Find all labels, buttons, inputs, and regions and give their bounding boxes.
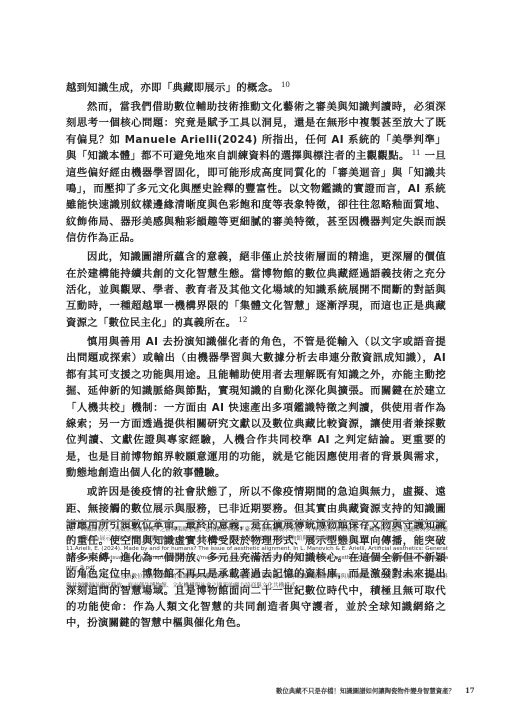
paragraph-3: 因此，知識圖譜所蘊含的意義，絕非僅止於技術層面的精進，更深層的價值在於建構能持續… <box>66 249 446 331</box>
footnote-text: 「典藏即展示」為數位策展實踐中之新興策略型態，意指數位典藏平臺本身即具備展示功能… <box>66 527 448 542</box>
footnotes: 10.「典藏即展示」為數位策展實踐中之新興策略型態，意指數位典藏平臺本身即具備展… <box>66 526 448 592</box>
page-footer: 數位典藏不只是存檔！知識圖譜如何讓陶瓷物件變身智慧資產？ 17 <box>276 686 486 695</box>
footnote-divider <box>66 520 447 522</box>
page-number: 17 <box>465 686 475 695</box>
footnote-10: 10.「典藏即展示」為數位策展實踐中之新興策略型態，意指數位典藏平臺本身即具備展… <box>66 526 448 545</box>
paragraph-text: 因此，知識圖譜所蘊含的意義，絕非僅止於技術層面的精進，更深層的價值在於建構能持續… <box>66 251 446 329</box>
footnote-ref-10[interactable]: 10 <box>279 79 290 89</box>
footnote-text[interactable]: Arielli, E. (2024). Made by and for huma… <box>66 546 448 571</box>
footnote-12: 12.「數位民主化」正是指數位技術所帶來的知識與參與權力的去中心化現象，使得過去… <box>66 573 448 592</box>
running-title: 數位典藏不只是存檔！知識圖譜如何讓陶瓷物件變身智慧資產？ <box>276 686 455 695</box>
document-page: 越到知識生成，亦即「典藏即展示」的概念。10 然而，當我們借助數位輔助技術推動文… <box>0 0 512 724</box>
paragraph-text: 越到知識生成，亦即「典藏即展示」的概念。 <box>66 82 279 94</box>
paragraph-1: 越到知識生成，亦即「典藏即展示」的概念。10 <box>66 80 446 96</box>
footnote-ref-11[interactable]: 11 <box>410 147 421 157</box>
paragraph-text-continued: 一旦這些偏好經由機器學習固化，即可能形成高度同質化的「審美迴音」與「知識共鳴」，… <box>66 150 446 244</box>
paragraph-4: 慎用與善用 AI 去扮演知識催化者的角色，不管是從輸入（以文字或語音提出問題或探… <box>66 334 446 482</box>
footnote-11: 11.Arielli, E. (2024). Made by and for h… <box>66 545 448 573</box>
paragraph-2: 然而，當我們借助數位輔助技術推動文化藝術之審美與知識判讀時，必須深刻思考一個核心… <box>66 99 446 247</box>
footnote-ref-12[interactable]: 12 <box>236 314 247 324</box>
footnote-number: 10. <box>66 527 75 533</box>
footnote-text: 「數位民主化」正是指數位技術所帶來的知識與參與權力的去中心化現象，使得過去由專業… <box>66 574 448 589</box>
paragraph-text: 慎用與善用 AI 去扮演知識催化者的角色，不管是從輸入（以文字或語音提出問題或探… <box>66 336 446 479</box>
footnote-number: 11. <box>66 546 75 552</box>
footnote-number: 12. <box>66 574 75 580</box>
paragraph-text: 然而，當我們借助數位輔助技術推動文化藝術之審美與知識判讀時，必須深刻思考一個核心… <box>66 101 446 162</box>
